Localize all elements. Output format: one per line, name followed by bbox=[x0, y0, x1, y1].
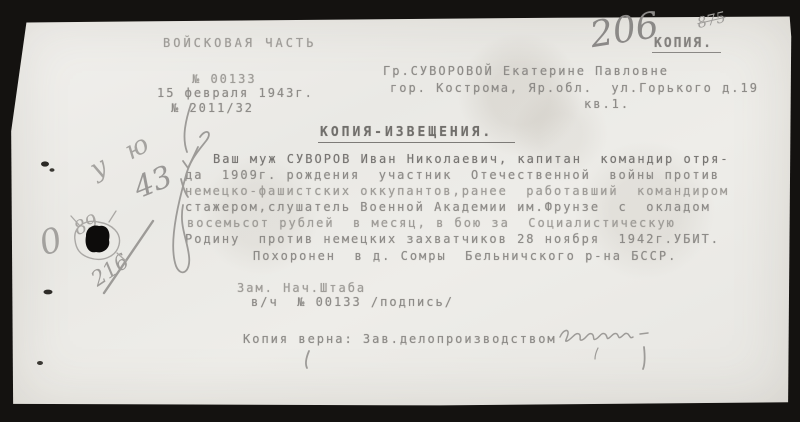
handwritten-layer: 206 875 у ю 43 0 89 216 bbox=[0, 0, 800, 422]
edge-fleck bbox=[41, 161, 49, 166]
scanned-document-page: { "page": { "copy_stamp": "КОПИЯ.", "pag… bbox=[0, 0, 800, 422]
certifier-signature bbox=[560, 330, 633, 341]
edge-fleck bbox=[37, 361, 43, 365]
edge-fleck bbox=[50, 168, 55, 172]
edge-fleck bbox=[44, 290, 53, 295]
hole-punch bbox=[86, 225, 110, 252]
pencil-scribbles bbox=[0, 0, 800, 422]
